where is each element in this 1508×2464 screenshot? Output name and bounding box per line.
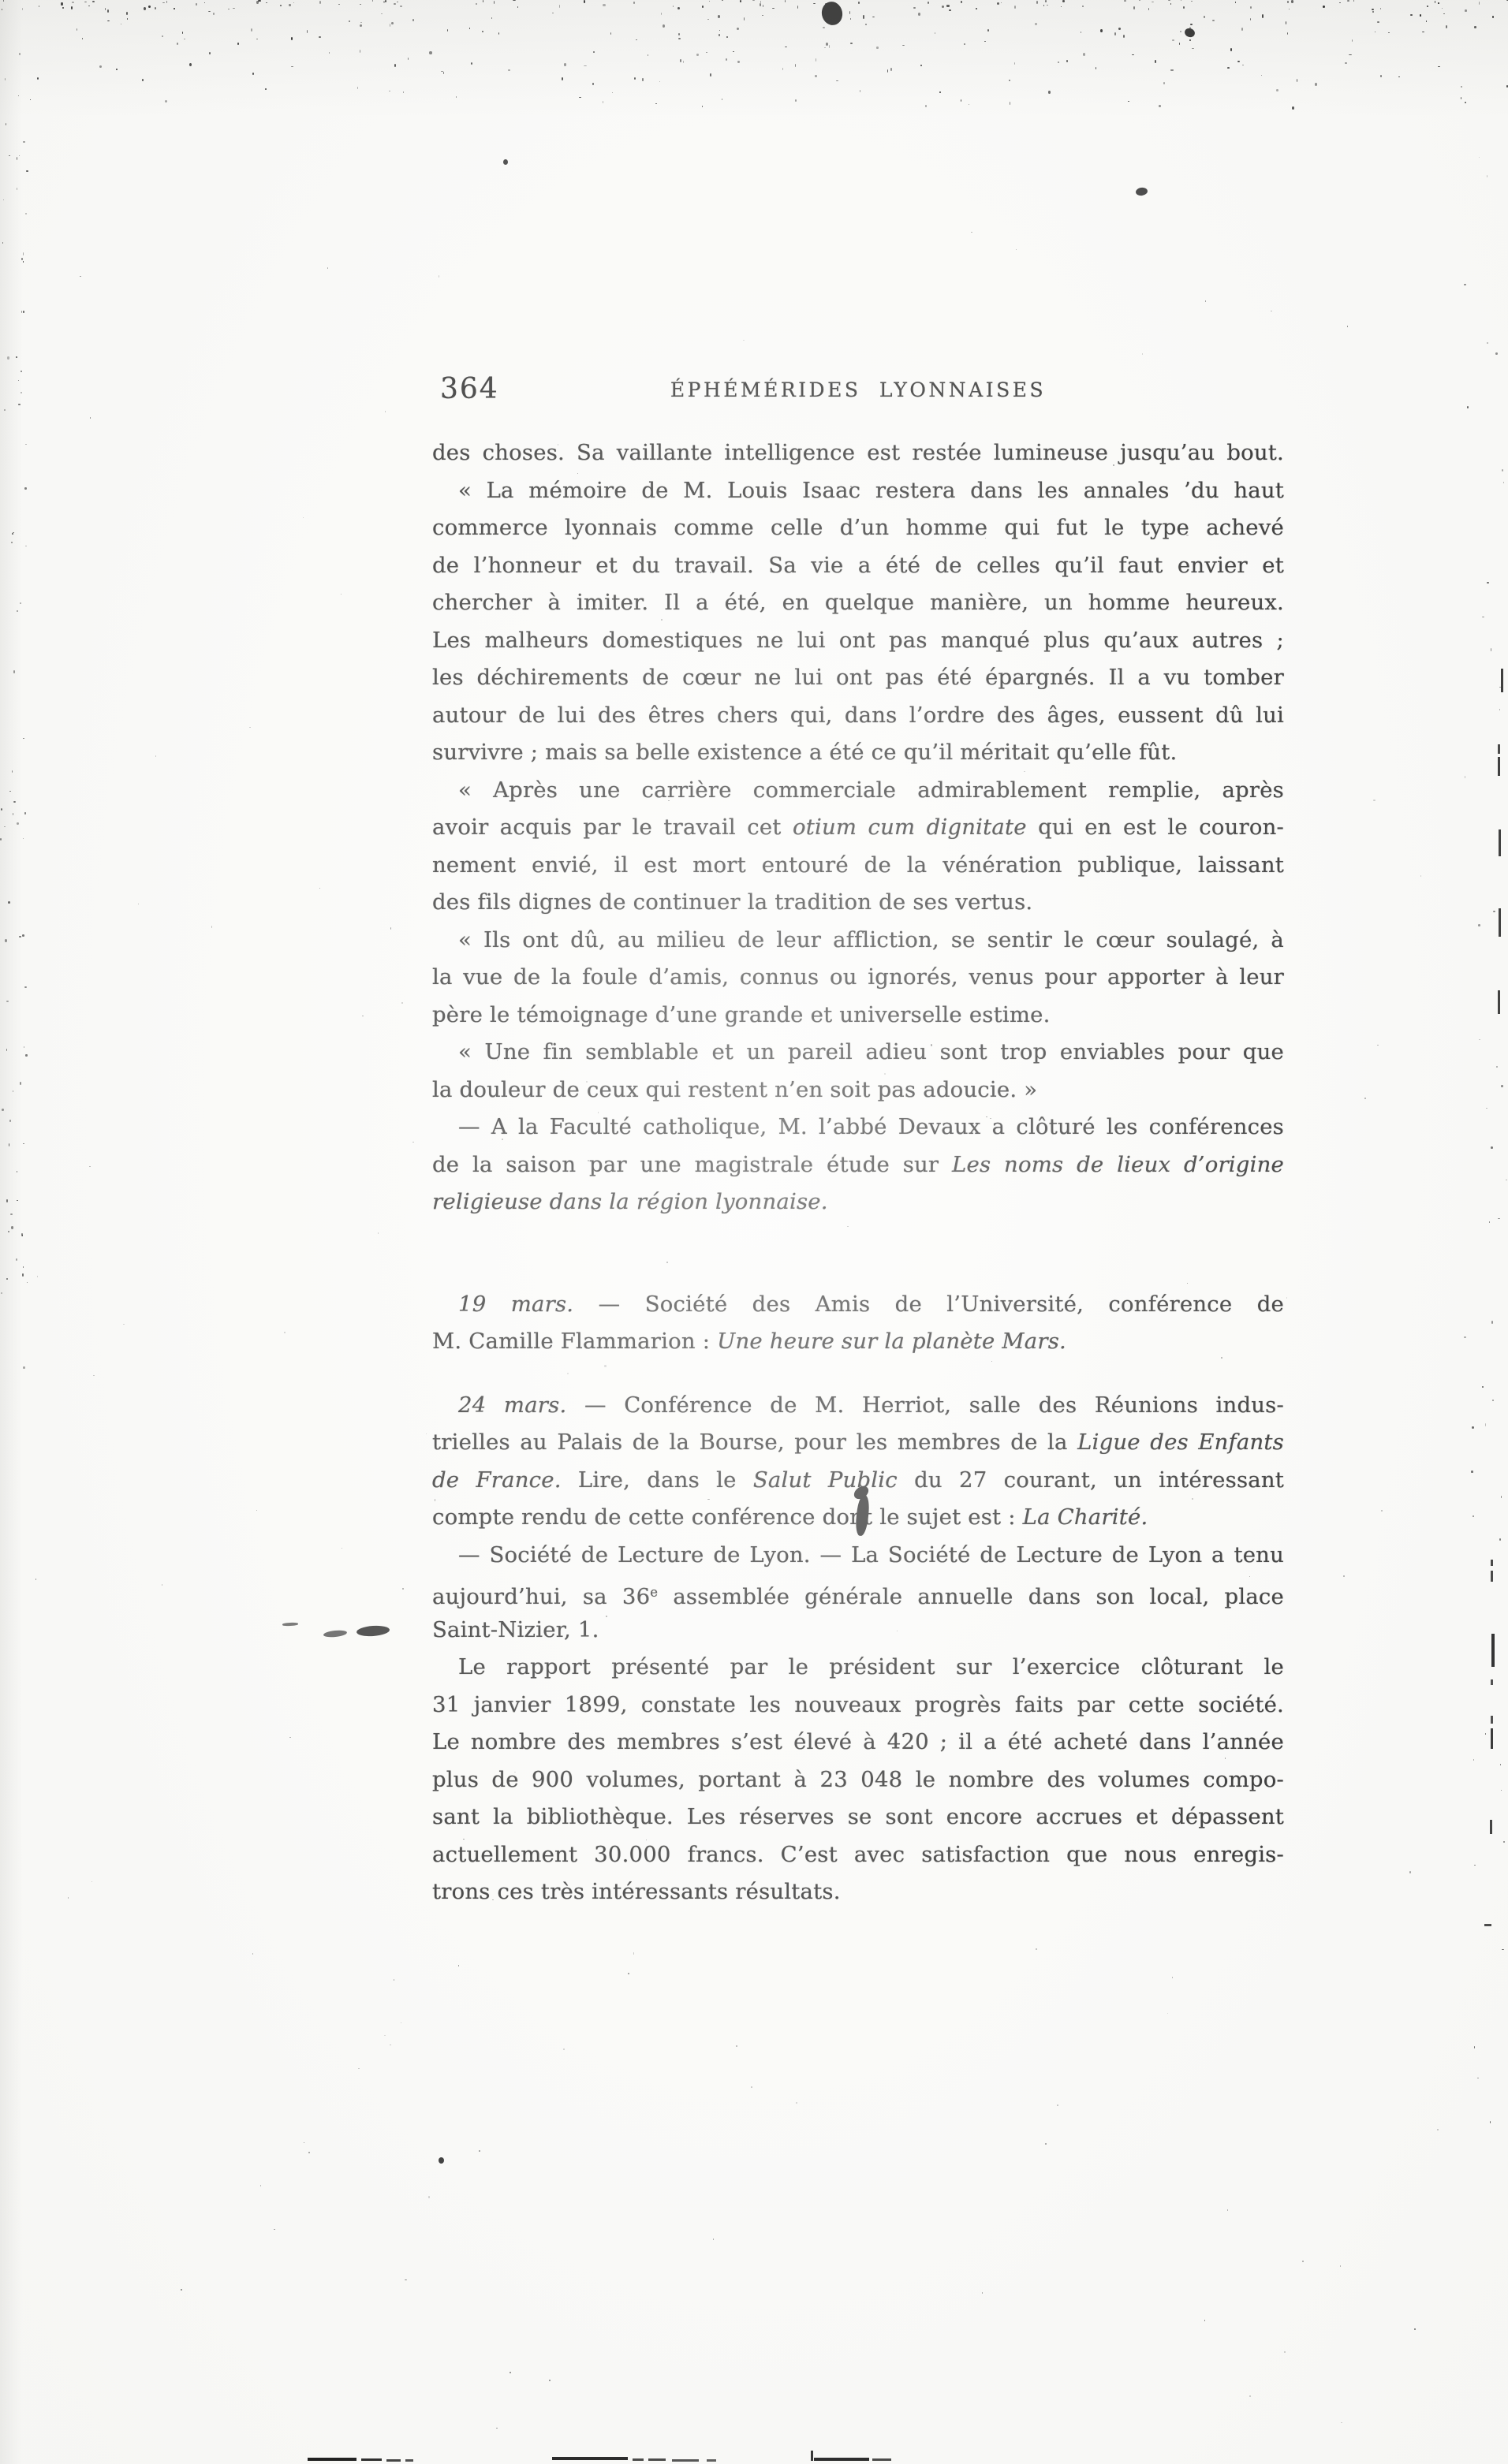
text-line: chercher à imiter. Il a été, en quelque …	[432, 584, 1284, 622]
noise-speck	[1487, 582, 1488, 583]
noise-speck	[510, 2372, 511, 2373]
paragraph: « Après une carrière commerciale admirab…	[432, 772, 1284, 922]
noise-speck	[1422, 32, 1424, 32]
noise-speck	[1414, 2328, 1415, 2330]
noise-speck	[496, 2428, 498, 2429]
text-run: aujourd’hui, sa 36	[432, 1584, 650, 1609]
noise-speck	[11, 1226, 13, 1228]
ink-mark	[1484, 1924, 1491, 1926]
noise-speck	[976, 8, 977, 9]
noise-speck	[360, 50, 360, 52]
noise-speck	[99, 65, 102, 68]
text-run: de la saison par une magistrale étude su…	[432, 1152, 952, 1177]
noise-speck	[1465, 9, 1466, 12]
text-line: survivre ; mais sa belle existence a été…	[432, 734, 1284, 772]
ink-mark	[503, 159, 508, 165]
noise-speck	[1506, 85, 1507, 88]
noise-speck	[997, 2, 999, 5]
text-run: Ligue des Enfants	[1077, 1430, 1284, 1455]
noise-speck	[360, 4, 361, 5]
noise-speck	[562, 77, 563, 80]
noise-speck	[39, 6, 39, 7]
text-run: — A la Faculté catholique, M. l’abbé Dev…	[458, 1114, 1284, 1139]
text-line: aujourd’hui, sa 36e assemblée générale a…	[432, 1574, 1284, 1612]
text-line: la douleur de ceux qui restent n’en soit…	[432, 1072, 1284, 1109]
noise-speck	[252, 1953, 253, 1954]
noise-speck	[678, 33, 680, 35]
paragraph: « Ils ont dû, au milieu de leur afflicti…	[432, 922, 1284, 1034]
text-line: des choses. Sa vaillante intelligence es…	[432, 434, 1284, 472]
text-run: plus de 900 volumes, portant à 23 048 le…	[432, 1767, 1284, 1792]
noise-speck	[816, 58, 817, 61]
noise-speck	[21, 1233, 23, 1236]
noise-speck	[1499, 1538, 1501, 1540]
text-run: de France.	[432, 1467, 562, 1493]
text-run: Le nombre des membres s’est élevé à 420 …	[432, 1729, 1284, 1754]
noise-speck	[1183, 6, 1185, 9]
noise-speck	[319, 36, 321, 38]
noise-speck	[228, 9, 230, 9]
noise-speck	[760, 3, 761, 6]
ink-mark	[1491, 1560, 1493, 1566]
noise-speck	[663, 24, 665, 28]
noise-speck	[1315, 83, 1317, 85]
noise-speck	[1172, 1977, 1173, 1978]
noise-speck	[390, 2045, 391, 2045]
text-run: avoir acquis par le travail cet	[432, 814, 793, 840]
noise-speck	[358, 2068, 360, 2069]
noise-speck	[961, 99, 961, 102]
noise-speck	[338, 4, 340, 6]
noise-speck	[258, 0, 260, 2]
noise-speck	[196, 3, 196, 6]
noise-speck	[1192, 48, 1194, 49]
ink-mark	[1490, 1820, 1492, 1834]
noise-speck	[1410, 14, 1413, 16]
noise-speck	[1442, 8, 1443, 9]
text-line: des fils dignes de continuer la traditio…	[432, 884, 1284, 922]
noise-speck	[249, 727, 250, 729]
noise-speck	[559, 5, 560, 8]
text-line: trielles au Palais de la Bourse, pour le…	[432, 1424, 1284, 1462]
noise-speck	[603, 101, 603, 103]
noise-speck	[127, 18, 128, 20]
text-line: Le rapport présenté par le président sur…	[432, 1649, 1284, 1687]
text-run: trielles au Palais de la Bourse, pour le…	[432, 1430, 1077, 1455]
noise-speck	[1191, 1, 1193, 2]
noise-speck	[291, 37, 293, 39]
noise-speck	[1287, 1, 1289, 3]
noise-speck	[182, 32, 183, 34]
noise-speck	[863, 15, 864, 18]
noise-speck	[1045, 2143, 1047, 2145]
noise-speck	[107, 9, 109, 13]
text-run: les déchirements de cœur ne lui ont pas …	[432, 665, 1284, 690]
noise-speck	[1498, 1218, 1499, 1219]
noise-speck	[928, 2, 929, 3]
noise-speck	[9, 1120, 11, 1121]
text-run: — Société de Lecture de Lyon. — La Socié…	[458, 1542, 1284, 1567]
noise-speck	[1287, 32, 1288, 35]
ink-mark	[1491, 1679, 1493, 1685]
noise-speck	[1380, 8, 1381, 10]
text-line: M. Camille Flammarion : Une heure sur la…	[432, 1323, 1284, 1361]
noise-speck	[1472, 1426, 1474, 1429]
text-run: 31 janvier 1899, constate les nouveaux p…	[432, 1692, 1284, 1717]
ink-mark	[633, 2458, 644, 2461]
noise-speck	[1291, 0, 1293, 2]
noise-speck	[72, 2, 74, 3]
text-line: autour de lui des êtres chers qui, dans …	[432, 697, 1284, 735]
noise-speck	[709, 1, 710, 2]
noise-speck	[13, 1090, 13, 1092]
text-line: 24 mars. — Conférence de M. Herriot, sal…	[432, 1387, 1284, 1425]
noise-speck	[1345, 62, 1347, 64]
text-run: e	[650, 1585, 658, 1600]
ink-mark	[1498, 757, 1500, 776]
ink-mark	[1498, 744, 1500, 754]
text-run: Les noms de lieux d’origine	[952, 1152, 1284, 1177]
scanned-book-page: 364 ÉPHÉMÉRIDES LYONNAISES des choses. S…	[0, 0, 1508, 2464]
noise-speck	[1250, 18, 1251, 21]
noise-speck	[1204, 16, 1205, 18]
noise-speck	[1190, 24, 1193, 25]
noise-speck	[982, 2292, 983, 2294]
text-line: religieuse dans la région lyonnaise.	[432, 1184, 1284, 1221]
ink-mark	[323, 1629, 348, 1638]
text-run: des choses. Sa vaillante intelligence es…	[432, 440, 1284, 465]
noise-speck	[1380, 75, 1382, 77]
noise-speck	[1381, 1510, 1383, 1512]
ink-mark	[1491, 1716, 1493, 1724]
noise-speck	[274, 2229, 275, 2230]
text-line: la vue de la foule d’amis, connus ou ign…	[432, 959, 1284, 997]
noise-speck	[1100, 29, 1103, 32]
text-run: chercher à imiter. Il a été, en quelque …	[432, 590, 1284, 615]
noise-speck	[1249, 2395, 1251, 2396]
noise-speck	[394, 3, 396, 5]
noise-speck	[429, 51, 431, 54]
noise-speck	[1276, 89, 1278, 91]
text-run: la vue de la foule d’amis, connus ou ign…	[432, 964, 1284, 990]
text-run: assemblée générale annuelle dans son loc…	[658, 1584, 1284, 1609]
ink-mark	[1499, 829, 1501, 856]
noise-speck	[1180, 31, 1181, 32]
noise-speck	[265, 88, 267, 90]
noise-speck	[1262, 14, 1264, 17]
text-line: de la saison par une magistrale étude su…	[432, 1146, 1284, 1184]
noise-speck	[1066, 60, 1068, 62]
text-line: — Société de Lecture de Lyon. — La Socié…	[432, 1537, 1284, 1575]
text-run: actuellement 30.000 francs. C’est avec s…	[432, 1842, 1284, 1867]
ink-mark	[672, 2459, 699, 2462]
noise-speck	[30, 99, 31, 100]
noise-speck	[858, 2, 860, 3]
noise-speck	[795, 64, 797, 67]
noise-speck	[1, 1292, 2, 1294]
noise-speck	[394, 1979, 394, 1981]
noise-speck	[1148, 8, 1149, 10]
noise-speck	[391, 22, 394, 24]
noise-speck	[319, 888, 320, 889]
noise-speck	[1465, 102, 1465, 103]
noise-speck	[61, 2, 62, 5]
text-run: commerce lyonnais comme celle d’un homme…	[432, 515, 1284, 540]
noise-speck	[1261, 75, 1262, 76]
noise-speck	[1152, 2, 1154, 2]
paragraph: — Société de Lecture de Lyon. — La Socié…	[432, 1537, 1284, 1650]
noise-speck	[80, 276, 81, 277]
noise-speck	[1471, 1471, 1473, 1473]
text-run: sant la bibliothèque. Les réserves se so…	[432, 1804, 1284, 1829]
text-run: — Société des Amis de l’Université, conf…	[573, 1292, 1284, 1317]
text-run: religieuse dans la région lyonnaise.	[432, 1189, 828, 1214]
text-line: commerce lyonnais comme celle d’un homme…	[432, 509, 1284, 547]
ink-mark	[1491, 1634, 1495, 1667]
noise-speck	[233, 8, 234, 9]
noise-speck	[1478, 924, 1480, 926]
text-run: La Charité.	[1023, 1504, 1148, 1530]
text-line: les déchirements de cœur ne lui ont pas …	[432, 659, 1284, 697]
noise-speck	[1409, 1871, 1411, 1873]
text-run: du 27 courant, un intéressant	[898, 1467, 1284, 1493]
ink-mark	[1135, 187, 1148, 196]
noise-speck	[890, 68, 892, 70]
noise-speck	[564, 63, 566, 66]
text-run: 24 mars.	[458, 1392, 566, 1418]
noise-speck	[23, 1366, 25, 1368]
noise-speck	[13, 670, 15, 673]
noise-speck	[1009, 80, 1010, 81]
text-line: « La mémoire de M. Louis Isaac restera d…	[432, 472, 1284, 510]
noise-speck	[18, 404, 21, 404]
text-line: plus de 900 volumes, portant à 23 048 le…	[432, 1761, 1284, 1799]
noise-speck	[1364, 1098, 1366, 1099]
noise-speck	[6, 1199, 8, 1202]
noise-speck	[722, 99, 722, 100]
noise-speck	[494, 1, 495, 4]
text-run: Salut Public	[753, 1467, 898, 1493]
noise-speck	[289, 1737, 291, 1738]
text-block: des choses. Sa vaillante intelligence es…	[432, 434, 1284, 1911]
noise-speck	[1503, 482, 1504, 483]
ink-mark	[814, 2458, 869, 2461]
ink-mark	[707, 2459, 716, 2462]
noise-speck	[726, 58, 726, 61]
noise-speck	[289, 4, 291, 7]
text-run: « Après une carrière commerciale admirab…	[458, 777, 1284, 803]
noise-speck	[22, 934, 24, 937]
noise-speck	[174, 8, 175, 9]
noise-speck	[1189, 39, 1191, 41]
ink-mark	[872, 2458, 891, 2461]
noise-speck	[24, 986, 27, 988]
noise-speck	[636, 39, 637, 40]
text-line: Saint-Nizier, 1.	[432, 1612, 1284, 1650]
text-line: de l’honneur et du travail. Sa vie a été…	[432, 547, 1284, 585]
noise-speck	[918, 13, 920, 16]
noise-speck	[155, 755, 156, 757]
noise-speck	[284, 1332, 286, 1333]
noise-speck	[1124, 0, 1126, 2]
noise-speck	[796, 2102, 797, 2104]
noise-speck	[165, 100, 167, 103]
noise-speck	[360, 24, 362, 27]
ink-mark	[361, 2458, 382, 2461]
text-run: « Une fin semblable et un pareil adieu s…	[458, 1039, 1284, 1064]
noise-speck	[3, 0, 4, 1]
noise-speck	[17, 1200, 18, 1201]
noise-speck	[383, 1, 385, 3]
noise-speck	[1435, 1, 1435, 3]
noise-speck	[24, 487, 26, 490]
noise-speck	[1420, 14, 1422, 16]
noise-speck	[1170, 69, 1173, 70]
noise-speck	[1343, 1575, 1345, 1576]
text-run: « Ils ont dû, au milieu de leur afflicti…	[458, 927, 1284, 952]
noise-speck	[1474, 26, 1476, 28]
noise-speck	[1230, 48, 1232, 51]
noise-speck	[12, 770, 13, 773]
noise-speck	[181, 2289, 181, 2291]
noise-speck	[19, 936, 21, 938]
noise-speck	[498, 32, 499, 35]
noise-speck	[162, 1584, 162, 1586]
noise-speck	[1503, 1841, 1505, 1843]
noise-speck	[21, 371, 22, 371]
ink-mark	[356, 1625, 390, 1638]
noise-speck	[1467, 406, 1469, 408]
noise-speck	[1482, 617, 1484, 617]
noise-speck	[1096, 67, 1096, 69]
noise-speck	[162, 2, 164, 3]
paragraph: des choses. Sa vaillante intelligence es…	[432, 434, 1284, 472]
text-run: Le rapport présenté par le président sur…	[458, 1654, 1284, 1679]
text-line: « Une fin semblable et un pareil adieu s…	[432, 1034, 1284, 1072]
paragraph: Le rapport présenté par le président sur…	[432, 1649, 1284, 1911]
noise-speck	[642, 78, 643, 81]
text-run: otium cum dignitate	[793, 814, 1027, 840]
noise-speck	[349, 21, 350, 21]
noise-speck	[1172, 39, 1174, 41]
noise-speck	[1035, 23, 1037, 24]
noise-speck	[706, 52, 707, 53]
noise-speck	[89, 1166, 91, 1167]
noise-speck	[964, 43, 965, 45]
noise-speck	[1495, 352, 1498, 355]
noise-speck	[25, 1054, 27, 1056]
noise-speck	[12, 533, 13, 535]
noise-speck	[2, 1109, 4, 1112]
ink-mark	[439, 2157, 444, 2164]
paragraph: — A la Faculté catholique, M. l’abbé Dev…	[432, 1109, 1284, 1221]
noise-speck	[1047, 5, 1048, 6]
noise-speck	[1501, 1085, 1503, 1087]
noise-speck	[733, 51, 734, 52]
page-number: 364	[440, 372, 499, 407]
noise-speck	[23, 252, 24, 255]
text-line: « Après une carrière commerciale admirab…	[432, 772, 1284, 810]
noise-speck	[4, 826, 6, 827]
noise-speck	[308, 2152, 310, 2153]
ink-mark	[1499, 908, 1501, 937]
noise-speck	[1170, 3, 1171, 5]
noise-speck	[1464, 1336, 1465, 1338]
noise-speck	[319, 1, 321, 4]
noise-speck	[8, 901, 10, 904]
text-run: la douleur de ceux qui restent n’en soit…	[432, 1077, 1037, 1102]
noise-speck	[1284, 2351, 1286, 2353]
noise-speck	[722, 0, 723, 1]
page-header: 364 ÉPHÉMÉRIDES LYONNAISES	[432, 372, 1284, 412]
text-run: compte rendu de cette conférence dont le…	[432, 1504, 1023, 1530]
text-line: trons ces très intéressants résultats.	[432, 1873, 1284, 1911]
text-run: M. Camille Flammarion :	[432, 1329, 717, 1354]
noise-speck	[428, 2196, 430, 2197]
noise-speck	[1036, 1, 1038, 4]
ink-mark	[552, 2457, 628, 2460]
noise-speck	[603, 4, 605, 7]
noise-speck	[22, 1273, 24, 1277]
text-line: avoir acquis par le travail cet otium cu…	[432, 809, 1284, 847]
text-line: Le nombre des membres s’est élevé à 420 …	[432, 1724, 1284, 1761]
noise-speck	[408, 58, 409, 60]
noise-speck	[902, 45, 905, 46]
noise-speck	[7, 356, 9, 360]
noise-speck	[21, 392, 22, 394]
noise-speck	[592, 83, 594, 85]
noise-speck	[385, 0, 386, 2]
text-run: Saint-Nizier, 1.	[432, 1617, 599, 1642]
noise-speck	[719, 34, 720, 36]
text-run: qui en est le couron-	[1027, 814, 1284, 840]
noise-speck	[920, 65, 923, 66]
ink-mark	[811, 2451, 813, 2461]
noise-speck	[6, 1278, 8, 1280]
noise-speck	[1289, 9, 1290, 9]
noise-speck	[23, 311, 24, 312]
text-line: 31 janvier 1899, constate les nouveaux p…	[432, 1687, 1284, 1724]
noise-speck	[6, 123, 6, 125]
noise-speck	[946, 5, 949, 6]
noise-speck	[394, 64, 396, 67]
noise-speck	[402, 1588, 403, 1590]
noise-speck	[1048, 91, 1050, 94]
noise-speck	[237, 43, 239, 45]
noise-speck	[390, 927, 391, 930]
noise-speck	[476, 3, 478, 5]
noise-speck	[508, 69, 510, 71]
noise-speck	[1502, 469, 1503, 471]
noise-speck	[8, 1231, 9, 1232]
noise-speck	[661, 13, 662, 15]
noise-speck	[16, 356, 17, 358]
noise-speck	[813, 3, 816, 4]
noise-speck	[680, 59, 681, 62]
text-run: père le témoignage d’une grande et unive…	[432, 1002, 1051, 1027]
noise-speck	[155, 7, 156, 9]
text-run: Lire, dans le	[562, 1467, 753, 1493]
noise-speck	[876, 47, 879, 48]
noise-speck	[1227, 67, 1230, 69]
noise-speck	[785, 47, 787, 48]
running-title: ÉPHÉMÉRIDES LYONNAISES	[432, 372, 1284, 408]
noise-speck	[439, 275, 439, 277]
noise-speck	[92, 1, 95, 2]
noise-speck	[1061, 6, 1062, 7]
noise-speck	[162, 35, 163, 36]
noise-speck	[209, 52, 211, 54]
